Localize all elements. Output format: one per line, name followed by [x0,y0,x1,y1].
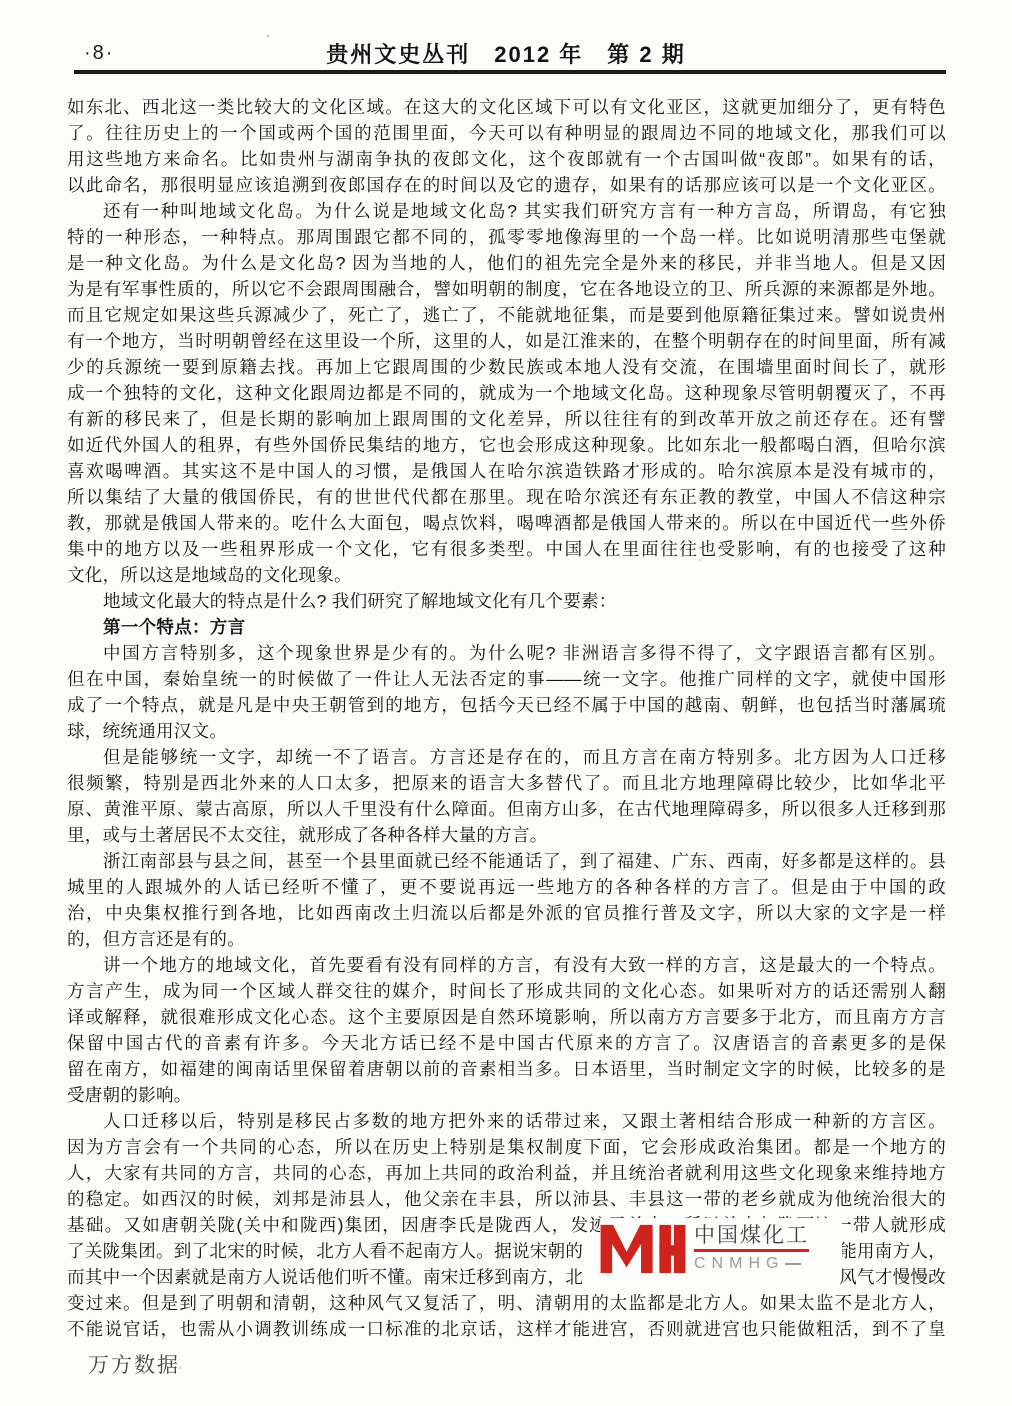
text-line: 喜欢喝啤酒。其实这不是中国人的习惯，是俄国人在哈尔滨造铁路才形成的。哈尔滨原本是… [67,458,946,484]
text-line: 有新的移民来了，但是长期的影响加上跟周围的文化差异，所以往往有的到改革开放之前还… [67,406,946,432]
watermark-text: 中国煤化工 CNMHG [694,1223,809,1276]
text-line: 为是有军事性质的，所以它不会跟周围融合，譬如明朝的制度，它在各地设立的卫、所兵源… [67,276,946,302]
text-line: 受唐朝的影响。 [67,1082,946,1108]
text-line: 球，统统通用汉文。 [67,718,946,744]
text-line: 浙江南部县与县之间，甚至一个县里面就已经不能通话了，到了福建、广东、西南，好多都… [67,848,946,874]
text-line: 用这些地方来命名。比如贵州与湖南争执的夜郎文化，这个夜郎就有一个古国叫做“夜郎”… [67,146,946,172]
text-segment: 风气才慢慢改 [839,1264,946,1290]
text-line: 如东北、西北这一类比较大的文化区域。在这大的文化区域下可以有文化亚区，这就更加细… [67,94,946,120]
text-line: 方言产生，成为同一个区域人群交往的媒介，时间长了形成共同的文化心态。如果听对方的… [67,978,946,1004]
text-line: 地域文化最大的特点是什么? 我们研究了解地域文化有几个要素： [67,588,946,614]
text-line: 保留中国古代的音素有许多。今天北方话已经不是中国古代原来的方言了。汉唐语言的音素… [67,1030,946,1056]
text-line: 译或解释，就很难形成文化心态。这个主要原因是自然环境影响，所以南方方言要多于北方… [67,1004,946,1030]
watermark-dash [785,1263,801,1265]
text-line: 所以集结了大量的俄国侨民，有的世世代代都在那里。现在哈尔滨还有东正教的教堂，中国… [67,484,946,510]
text-line: 文化，所以这是地域岛的文化现象。 [67,562,946,588]
header-rule [74,70,946,74]
watermark-abbr: CNMHG [694,1252,784,1276]
watermark-name-en: CNMHG [694,1252,809,1276]
scanned-journal-page: ·8· 贵州文史丛刊 2012 年 第 2 期 如东北、西北这一类比较大的文化区… [0,0,1012,1406]
text-line: 但是能够统一文字，却统一不了语言。方言还是存在的，而且方言在南方特别多。北方因为… [67,744,946,770]
text-line: 教，那就是俄国人带来的。吃什么大面包，喝点饮料，喝啤酒都是俄国人带来的。所以在中… [67,510,946,536]
text-line: 留在南方，如福建的闽南话里保留着唐朝以前的音素相当多。日本语里，当时制定文字的时… [67,1056,946,1082]
journal-header-title: 贵州文史丛刊 2012 年 第 2 期 [0,38,1012,69]
watermark: 中国煤化工 CNMHG [600,1218,842,1280]
text-line: 的，但方言还是有的。 [67,926,946,952]
text-line: 成一个独特的文化，这种文化跟周边都是不同的，就成为一个地域文化岛。这种现象尽管明… [67,380,946,406]
text-line: 以此命名，那很明显应该追溯到夜郎国存在的时间以及它的遗存，如果有的话那应该可以是… [67,172,946,198]
coal-chem-logo-icon [600,1222,686,1276]
text-line: 讲一个地方的地域文化，首先要看有没有同样的方言，有没有大致一样的方言，这是最大的… [67,952,946,978]
text-line: 成了一个特点，就是凡是中央王朝管到的地方，包括今天已经不属于中国的越南、朝鲜，也… [67,692,946,718]
watermark-name-cn: 中国煤化工 [694,1223,809,1252]
text-line: 变过来。但是到了明朝和清朝，这种风气又复活了，明、清朝用的太监都是北方人。如果太… [67,1290,946,1316]
text-line: 集中的地方以及一些租界形成一个文化，它有很多类型。中国人在里面往往也受影响，有的… [67,536,946,562]
text-line: 人，大家有共同的方言，共同的心态，再加上共同的政治利益，并且统治者就利用这些文化… [67,1160,946,1186]
text-line: 原、黄淮平原、蒙古高原，所以人千里没有什么障面。但南方山多，在古代地理障碍多，所… [67,796,946,822]
text-line: 有一个地方，当时明朝曾经在这里设一个所，这里的人，如是江淮来的，在整个明朝存在的… [67,328,946,354]
text-line: 还有一种叫地域文化岛。为什么说是地域文化岛? 其实我们研究方言有一种方言岛，所谓… [67,198,946,224]
text-line: 如近代外国人的租界，有些外国侨民集结的地方，它也会形成这种现象。比如东北一般都喝… [67,432,946,458]
text-line: 但在中国，秦始皇统一的时候做了一件让人无法否定的事——统一文字。他推广同样的文字… [67,666,946,692]
text-segment: 而其中一个因素就是南方人说话他们听不懂。南宋迁移到南方，北 [67,1264,583,1290]
text-line: 的稳定。如西汉的时候，刘邦是沛县人，他父亲在丰县，所以沛县、丰县这一带的老乡就成… [67,1186,946,1212]
text-line: 不能说官话，也需从小调教训练成一口标准的北京话，这样才能进宫，否则就进宫也只能做… [67,1316,946,1342]
text-line: 城里的人跟城外的人话已经听不懂了，更不要说再远一些地方的各种各样的方言了。但是由… [67,874,946,900]
text-segment: 了关陇集团。到了北宋的时候，北方人看不起南方人。据说宋朝的 [67,1238,583,1264]
text-line: 而且它规定如果这些兵源减少了，死亡了，逃亡了，不能就地征集，而是要到他原籍征集过… [67,302,946,328]
text-line: 因为方言会有一个共同的心态，所以在历史上特别是集权制度下面，它会形成政治集团。都… [67,1134,946,1160]
body-text: 如东北、西北这一类比较大的文化区域。在这大的文化区域下可以有文化亚区，这就更加细… [67,94,946,1342]
text-line: 了。往往历史上的一个国或两个国的范围里面，今天可以有种明显的跟周边不同的地域文化… [67,120,946,146]
text-line: 治，中央集权推行到各地，比如西南改土归流以后都是外派的官员推行普及文字，所以大家… [67,900,946,926]
text-line: 里，或与土著居民不太交往，就形成了各种各样大量的方言。 [67,822,946,848]
text-line: 很频繁，特别是西北外来的人口太多，把原来的语言大多替代了。而且北方地理障碍比较少… [67,770,946,796]
text-line: 是一种文化岛。为什么是文化岛? 因为当地的人，他们的祖先完全是外来的移民，并非当… [67,250,946,276]
text-line: 人口迁移以后，特别是移民占多数的地方把外来的话带过来，又跟土著相结合形成一种新的… [67,1108,946,1134]
wanfang-data-brand: 万方数据 [88,1349,180,1379]
text-line: 第一个特点：方言 [67,614,946,640]
text-line: 特的一种形态，一种特点。那周围跟它都不同的，孤零零地像海里的一个岛一样。比如说明… [67,224,946,250]
text-line: 少的兵源统一要到原籍去找。再加上它跟周围的少数民族或本地人没有交流，在围墙里面时… [67,354,946,380]
text-line: 中国方言特别多，这个现象世界是少有的。为什么呢? 非洲语言多得不得了，文字跟语言… [67,640,946,666]
